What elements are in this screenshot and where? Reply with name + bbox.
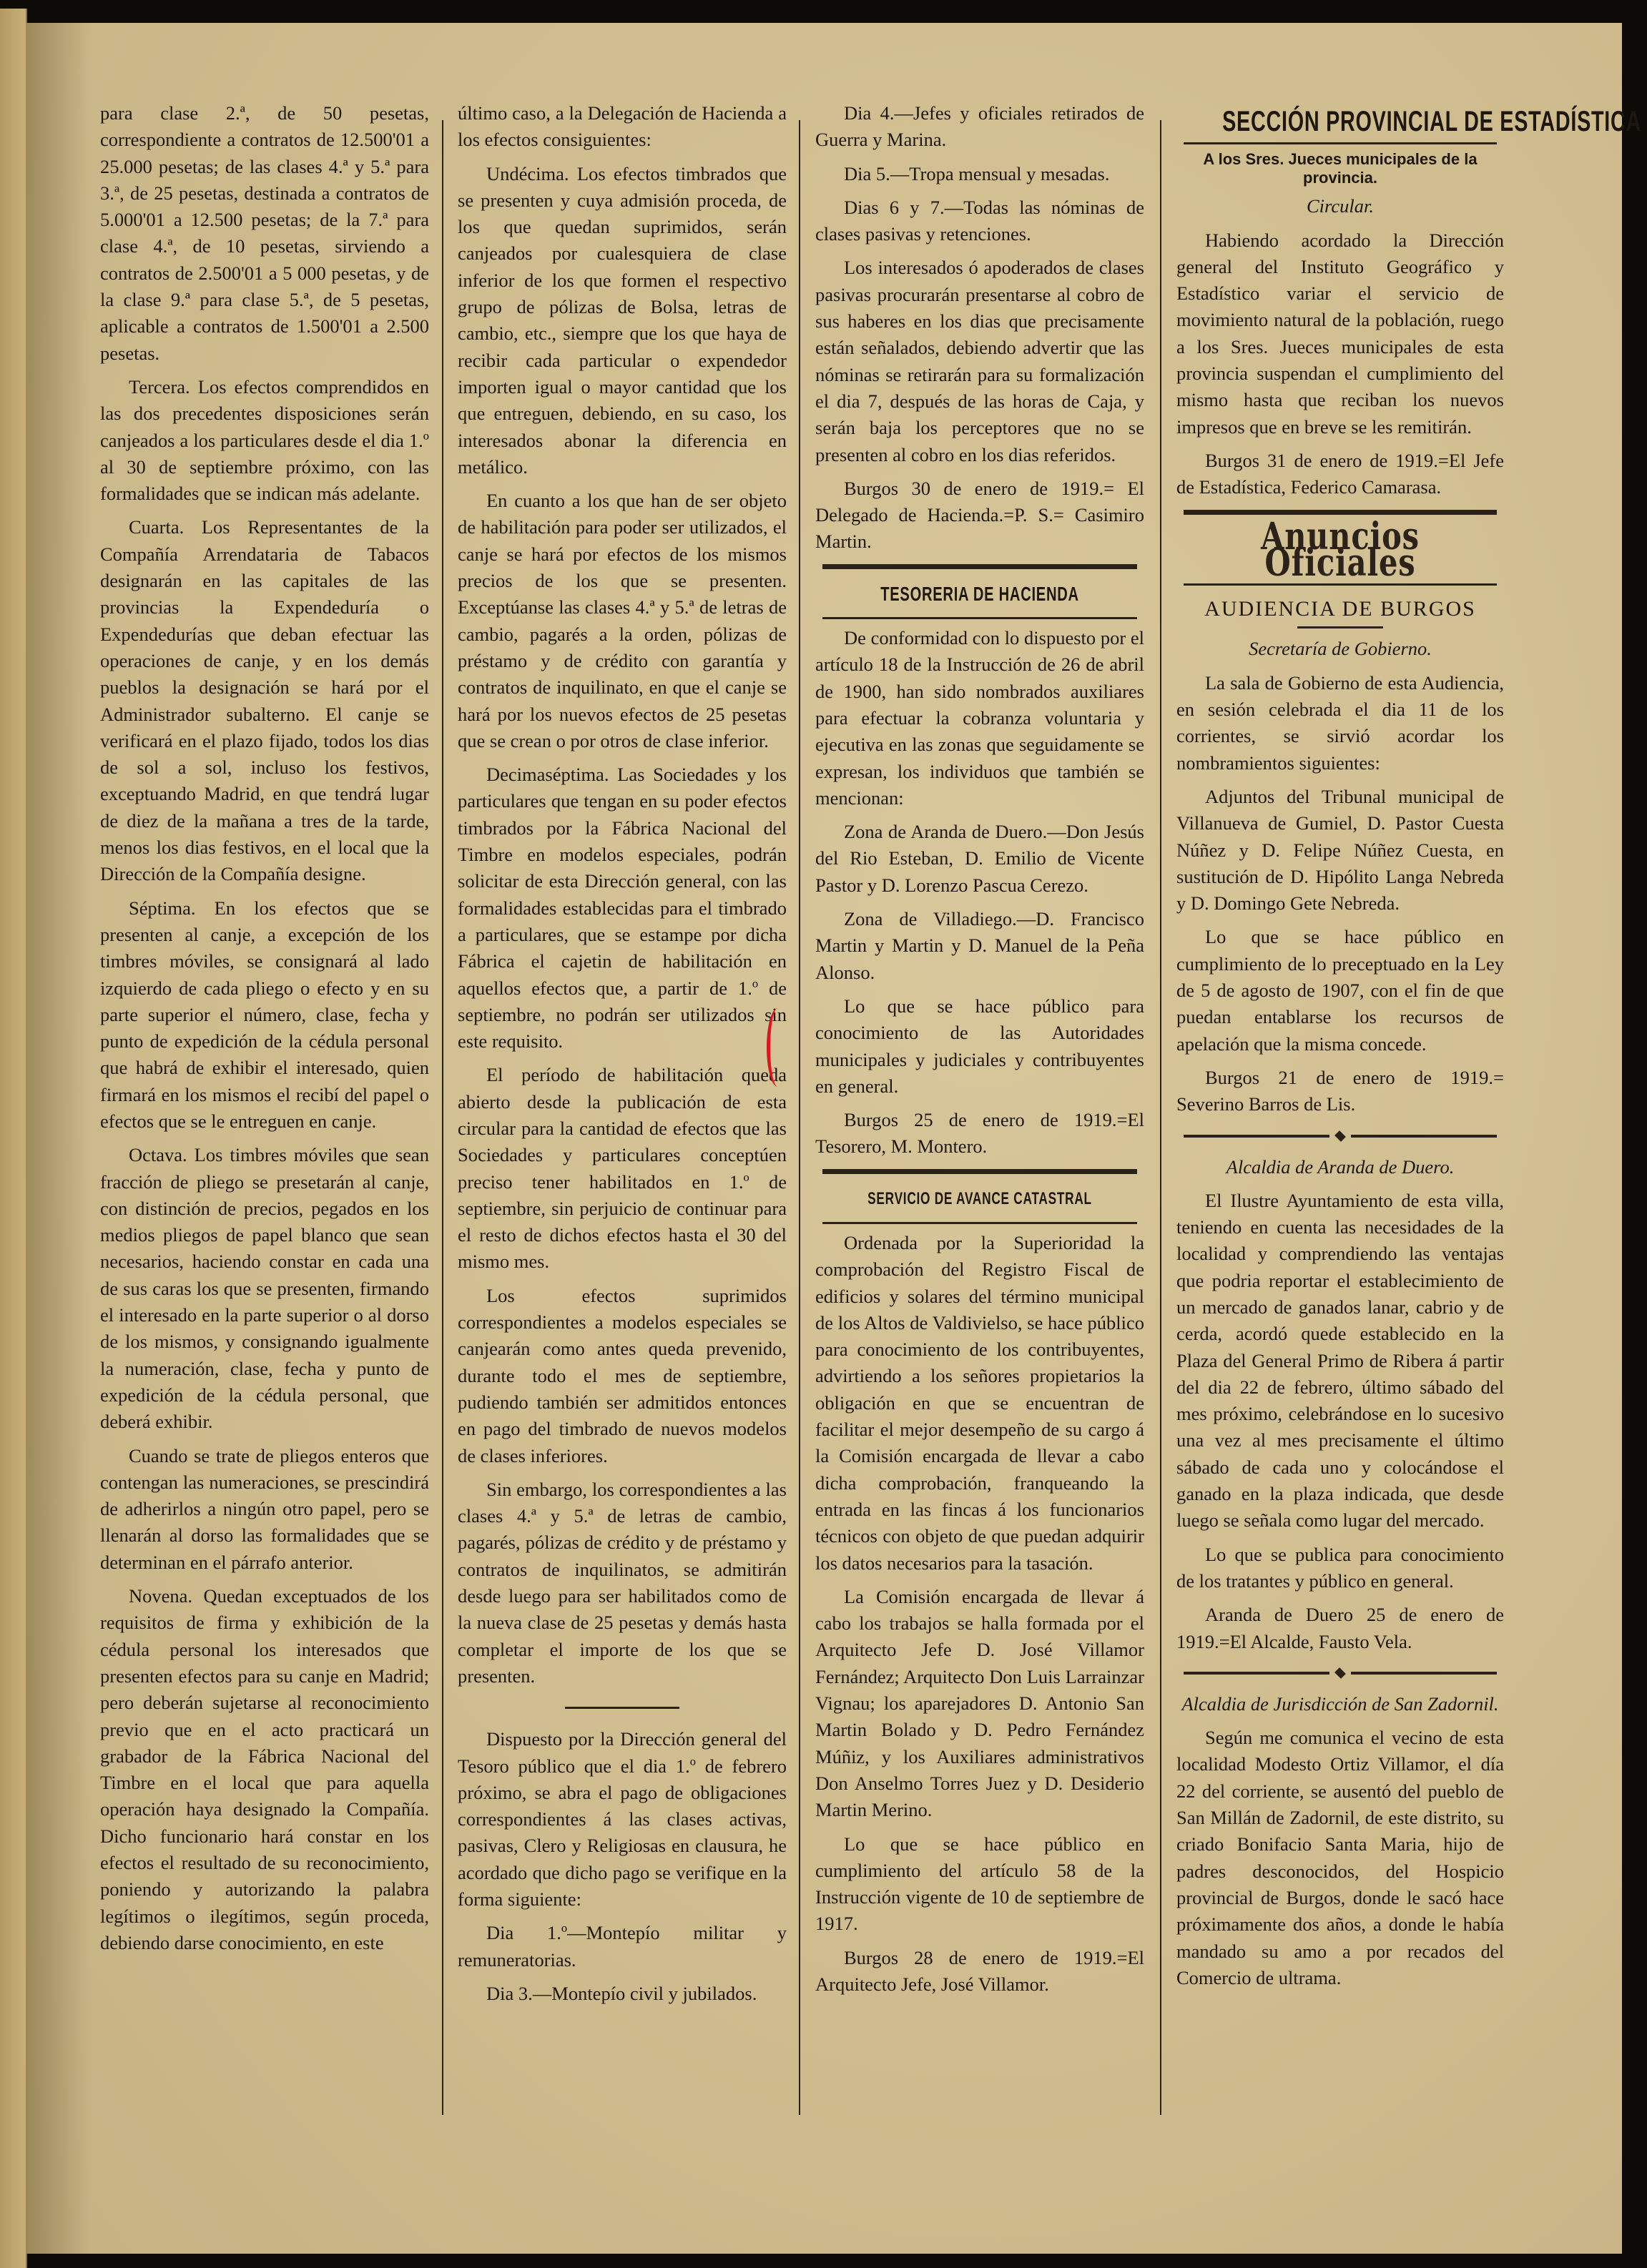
paragraph: Habiendo acordado la Dirección general d…: [1176, 227, 1504, 440]
section-divider: [822, 564, 1137, 569]
paragraph: Sin embargo, los correspondientes a las …: [458, 1476, 787, 1690]
signature: Burgos 21 de enero de 1919.= Severino Ba…: [1176, 1065, 1504, 1118]
column-rule-2: [799, 120, 800, 2115]
column-rule-3: [1160, 120, 1161, 2115]
heading-underline: [1184, 142, 1497, 144]
signature: Aranda de Duero 25 de enero de 1919.=El …: [1176, 1602, 1504, 1655]
adjacent-page-edge: [0, 9, 27, 2268]
column-2: último caso, a la Delegación de Hacienda…: [458, 100, 787, 2014]
column-4: SECCIÓN PROVINCIAL DE ESTADÍSTICA A los …: [1176, 100, 1504, 1998]
signature: Burgos 25 de enero de 1919.=El Tesorero,…: [815, 1107, 1144, 1160]
paragraph: El período de habilitación queda abierto…: [458, 1062, 787, 1275]
paragraph: último caso, a la Delegación de Hacienda…: [458, 100, 787, 154]
paragraph-dias-6-7: Dias 6 y 7.—Todas las nóminas de clases …: [815, 194, 1144, 248]
subheading-aranda: Alcaldia de Aranda de Duero.: [1176, 1154, 1504, 1180]
red-margin-mark: [767, 1008, 789, 1087]
section-divider: [822, 1169, 1137, 1174]
paragraph: Lo que se hace público en cumplimiento d…: [815, 1831, 1144, 1938]
paragraph: Lo que se hace público para conocimiento…: [815, 993, 1144, 1100]
paragraph: La Comisión encargada de llevar á cabo l…: [815, 1584, 1144, 1824]
paragraph: Adjuntos del Tribunal municipal de Villa…: [1176, 784, 1504, 917]
paragraph-undecima: Undécima. Los efectos timbrados que se p…: [458, 161, 787, 481]
paragraph: En cuanto a los que han de ser objeto de…: [458, 488, 787, 754]
paragraph: Zona de Villadiego.—D. Francisco Martin …: [815, 906, 1144, 986]
paragraph-dia-3: Dia 3.—Montepío civil y jubilados.: [458, 1981, 787, 2007]
paragraph-septima: Séptima. En los efectos que se presenten…: [100, 895, 429, 1135]
section-divider: [1184, 510, 1497, 515]
column-rule-1: [442, 120, 443, 2115]
paragraph: Los efectos suprimidos correspondientes …: [458, 1283, 787, 1469]
addressee: A los Sres. Jueces municipales de la pro…: [1176, 150, 1504, 187]
signature: Burgos 31 de enero de 1919.=El Jefe de E…: [1176, 448, 1504, 501]
paragraph-dia-4: Dia 4.—Jefes y oficiales retirados de Gu…: [815, 100, 1144, 154]
paragraph: Los interesados ó apoderados de clases p…: [815, 255, 1144, 468]
section-heading-tesoreria: TESORERIA DE HACIENDA: [861, 581, 1098, 607]
ornamental-divider: [1184, 1131, 1497, 1141]
signature: Burgos 28 de enero de 1919.=El Arquitect…: [815, 1945, 1144, 1998]
paragraph-dia-1: Dia 1.º—Montepío militar y remuneratoria…: [458, 1920, 787, 1973]
subheading-audiencia: AUDIENCIA DE BURGOS: [1176, 596, 1504, 622]
subheading-secretaria: Secretaría de Gobierno.: [1176, 636, 1504, 662]
paragraph: Lo que se hace público en cumplimiento d…: [1176, 924, 1504, 1057]
paragraph: para clase 2.ª, de 50 pesetas, correspon…: [100, 100, 429, 367]
column-1: para clase 2.ª, de 50 pesetas, correspon…: [100, 100, 429, 1963]
paragraph: La sala de Gobierno de esta Audiencia, e…: [1176, 670, 1504, 776]
section-divider: [565, 1707, 679, 1709]
paragraph-novena: Novena. Quedan exceptuados de los requis…: [100, 1583, 429, 1956]
paragraph-notice: Dispuesto por la Dirección general del T…: [458, 1726, 787, 1913]
paragraph-tercera: Tercera. Los efectos comprendidos en las…: [100, 374, 429, 507]
paragraph: Según me comunica el vecino de esta loca…: [1176, 1725, 1504, 1991]
gutter-shadow: [26, 23, 90, 2254]
paragraph: Lo que se publica para conocimiento de l…: [1176, 1542, 1504, 1595]
paragraph-cuarta: Cuarta. Los Representantes de la Compañí…: [100, 514, 429, 887]
paragraph-dia-5: Dia 5.—Tropa mensual y mesadas.: [815, 161, 1144, 187]
paragraph: El Ilustre Ayuntamiento de esta villa, t…: [1176, 1188, 1504, 1534]
ornamental-divider: [1184, 1668, 1497, 1678]
section-heading-anuncios-oficiales: Anuncios Oficiales: [1209, 523, 1471, 577]
signature: Burgos 30 de enero de 1919.= El Delegado…: [815, 475, 1144, 556]
subheading-zadornil: Alcaldia de Jurisdicción de San Zadornil…: [1176, 1691, 1504, 1717]
short-rule: [1297, 626, 1383, 628]
column-3: Dia 4.—Jefes y oficiales retirados de Gu…: [815, 100, 1144, 2005]
paragraph: De conformidad con lo dispuesto por el a…: [815, 625, 1144, 812]
subheading-circular: Circular.: [1176, 193, 1504, 220]
heading-underline: [822, 1222, 1137, 1224]
section-heading-estadistica: SECCIÓN PROVINCIAL DE ESTADÍSTICA: [1222, 109, 1458, 135]
section-heading-catastral: SERVICIO DE AVANCE CATASTRAL: [861, 1185, 1098, 1212]
paragraph-decimaseptima: Decimaséptima. Las Sociedades y los part…: [458, 761, 787, 1055]
heading-underline: [822, 617, 1137, 619]
paragraph: Zona de Aranda de Duero.—Don Jesús del R…: [815, 819, 1144, 899]
paragraph: Cuando se trate de pliegos enteros que c…: [100, 1443, 429, 1576]
paragraph: Ordenada por la Superioridad la comproba…: [815, 1230, 1144, 1577]
paragraph-octava: Octava. Los timbres móviles que sean fra…: [100, 1142, 429, 1435]
